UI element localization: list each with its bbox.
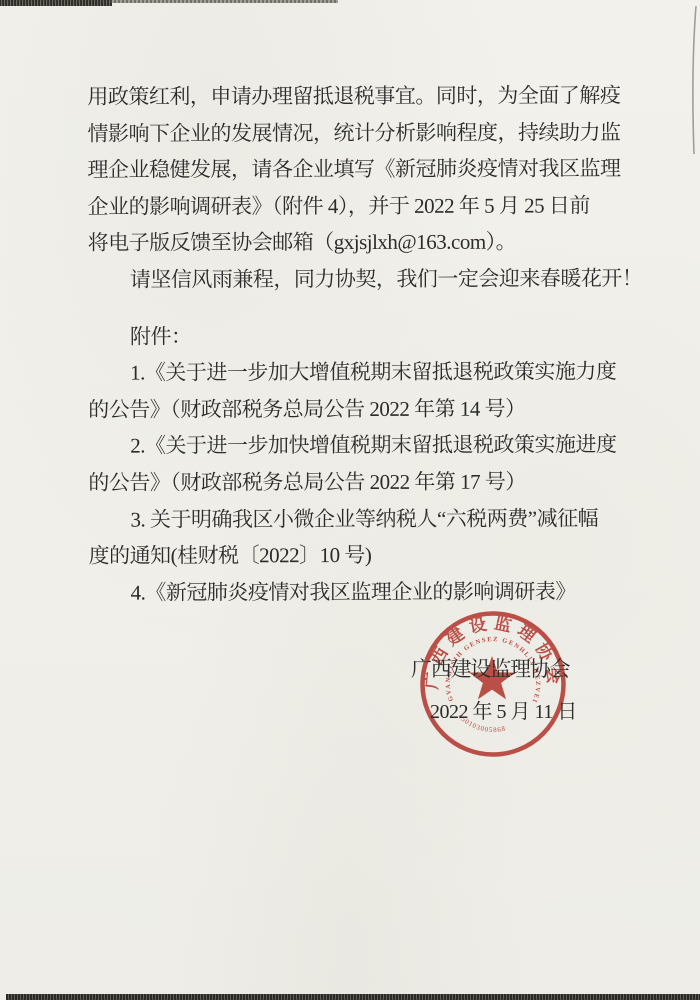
scan-artifact-bottom	[6, 994, 700, 1000]
scan-artifact-top-left	[0, 0, 112, 6]
closing-line: 请坚信风雨兼程，同力协契，我们一定会迎来春暖花开！	[88, 260, 618, 298]
attachment-line-3b: 度的通知(桂财税〔2022〕10 号)	[89, 536, 619, 574]
attachment-line-2: 2.《关于进一步加快增值税期末留抵退税政策实施进度	[88, 427, 618, 465]
body-line: 将电子版反馈至协会邮箱（gxjsjlxh@163.com）。	[88, 224, 618, 262]
attachment-line-1: 1.《关于进一步加大增值税期末留抵退税政策实施力度	[88, 353, 618, 391]
scan-artifact-top	[110, 0, 338, 3]
signature-org: 广西建设监理协会	[411, 653, 569, 683]
attachment-line-3: 3. 关于明确我区小微企业等纳税人“六税两费”减征幅	[88, 500, 618, 538]
official-seal: 广西建设监理协会 GVANGJSIH GENSEZ GENHLIJ HEZVEI…	[403, 594, 583, 774]
body-line: 用政策红利，申请办理留抵退税事宜。同时，为全面了解疫	[87, 77, 617, 115]
letter-body: 用政策红利，申请办理留抵退税事宜。同时，为全面了解疫 情影响下企业的发展情况，统…	[87, 77, 618, 611]
body-line: 理企业稳健发展，请各企业填写《新冠肺炎疫情对我区监理	[87, 150, 617, 188]
body-line: 情影响下企业的发展情况，统计分析影响程度，持续助力监	[87, 114, 617, 152]
page-edge-shadow	[688, 4, 700, 159]
signature-date: 2022 年 5 月 11 日	[430, 695, 577, 724]
scanned-letter-page: 用政策红利，申请办理留抵退税事宜。同时，为全面了解疫 情影响下企业的发展情况，统…	[0, 0, 700, 1000]
body-line: 企业的影响调研表》（附件 4），并于 2022 年 5 月 25 日前	[88, 187, 618, 225]
attachment-line-2b: 的公告》（财政部税务总局公告 2022 年第 17 号）	[88, 463, 618, 501]
attachment-line-1b: 的公告》（财政部税务总局公告 2022 年第 14 号）	[88, 390, 618, 428]
attachments-label: 附件：	[88, 317, 618, 355]
